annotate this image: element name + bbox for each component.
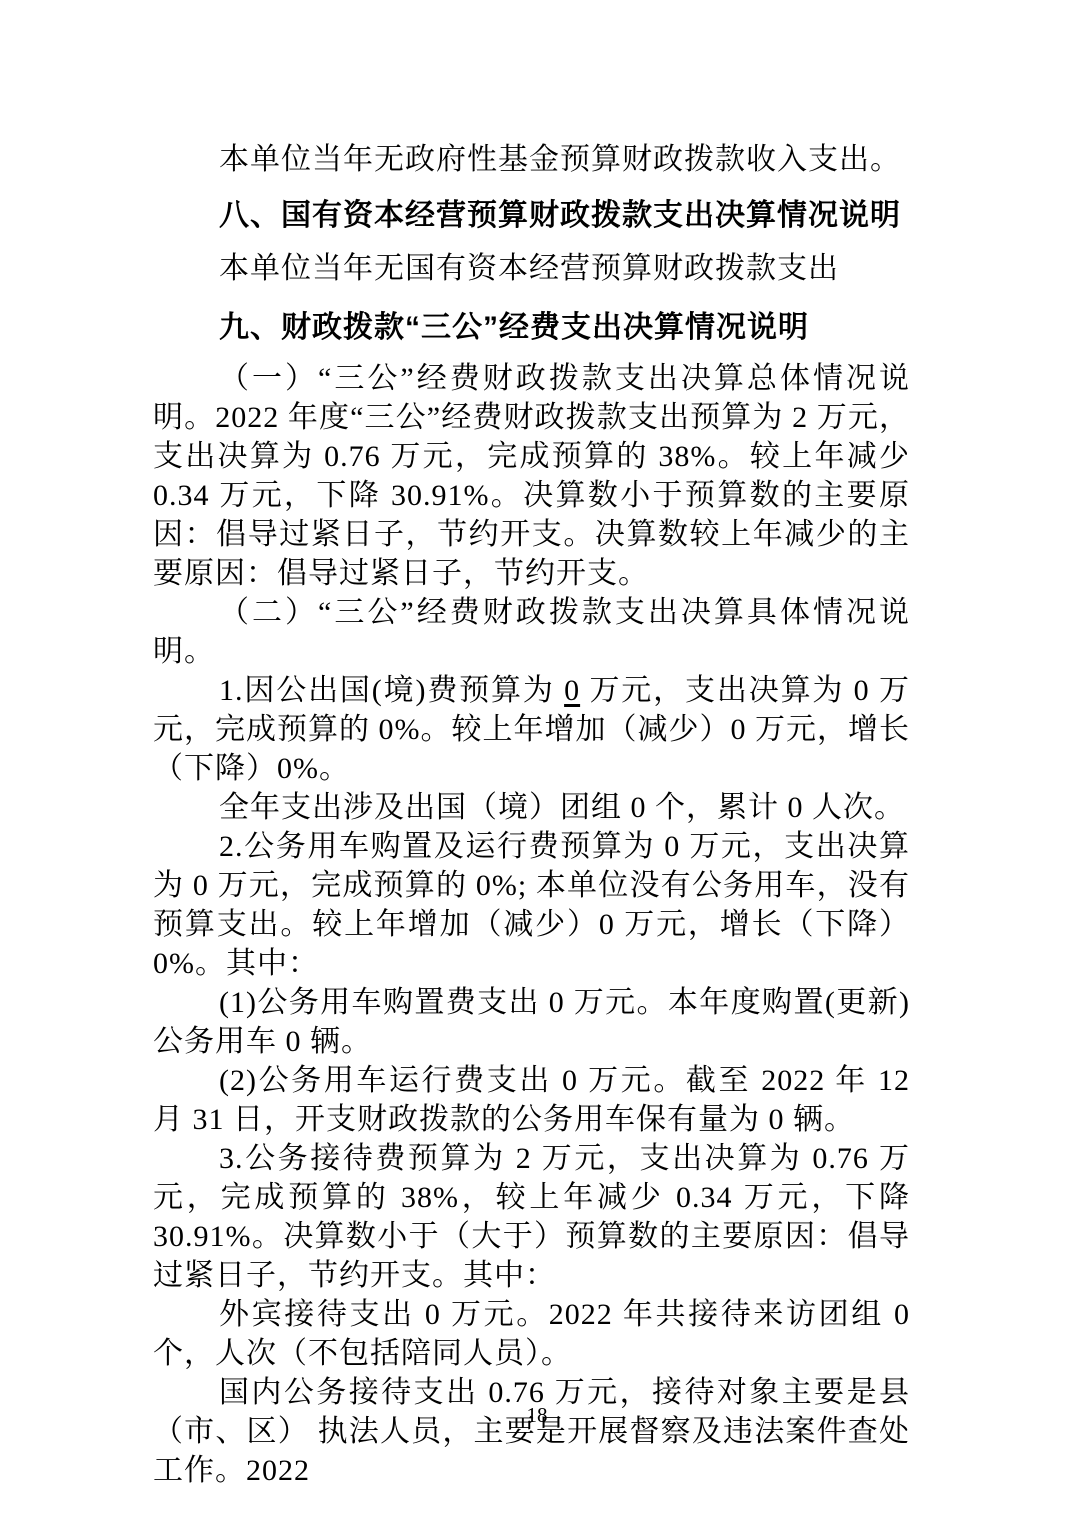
section-heading-8-state-capital-budget: 八、国有资本经营预算财政拨款支出决算情况说明	[153, 196, 910, 235]
paragraph-overall-situation: （一）“三公”经费财政拨款支出决算总体情况说明。2022 年度“三公”经费财政拨…	[153, 359, 910, 593]
paragraph-no-state-capital-expenditure: 本单位当年无国有资本经营预算财政拨款支出	[153, 249, 910, 288]
section-heading-9-three-public-expenses: 九、财政拨款“三公”经费支出决算情况说明	[153, 308, 910, 347]
paragraph-official-reception: 3.公务接待费预算为 2 万元，支出决算为 0.76 万元，完成预算的 38%，…	[153, 1139, 910, 1295]
abroad-expenses-text-before: 1.因公出国(境)费预算为	[219, 674, 564, 707]
paragraph-vehicle-operation: (2)公务用车运行费支出 0 万元。截至 2022 年 12 月 31 日，开支…	[153, 1061, 910, 1139]
paragraph-domestic-reception: 国内公务接待支出 0.76 万元，接待对象主要是县（市、区） 执法人员，主要是开…	[153, 1373, 910, 1490]
paragraph-abroad-groups: 全年支出涉及出国（境）团组 0 个，累计 0 人次。	[153, 788, 910, 827]
abroad-expenses-underlined-zero: 0	[564, 674, 580, 707]
page-number: 18	[0, 1400, 1074, 1430]
paragraph-no-gov-fund-expenditure: 本单位当年无政府性基金预算财政拨款收入支出。	[153, 140, 910, 179]
document-page: 本单位当年无政府性基金预算财政拨款收入支出。 八、国有资本经营预算财政拨款支出决…	[0, 0, 1074, 1520]
paragraph-foreign-guest-reception: 外宾接待支出 0 万元。2022 年共接待来访团组 0 个，人次（不包括陪同人员…	[153, 1295, 910, 1373]
paragraph-official-vehicle: 2.公务用车购置及运行费预算为 0 万元，支出决算为 0 万元，完成预算的 0%…	[153, 827, 910, 983]
document-body: 本单位当年无政府性基金预算财政拨款收入支出。 八、国有资本经营预算财政拨款支出决…	[153, 140, 910, 1490]
paragraph-vehicle-purchase: (1)公务用车购置费支出 0 万元。本年度购置(更新)公务用车 0 辆。	[153, 983, 910, 1061]
paragraph-detail-situation-heading: （二）“三公”经费财政拨款支出决算具体情况说明。	[153, 593, 910, 671]
paragraph-abroad-expenses: 1.因公出国(境)费预算为 0 万元，支出决算为 0 万元，完成预算的 0%。较…	[153, 671, 910, 788]
